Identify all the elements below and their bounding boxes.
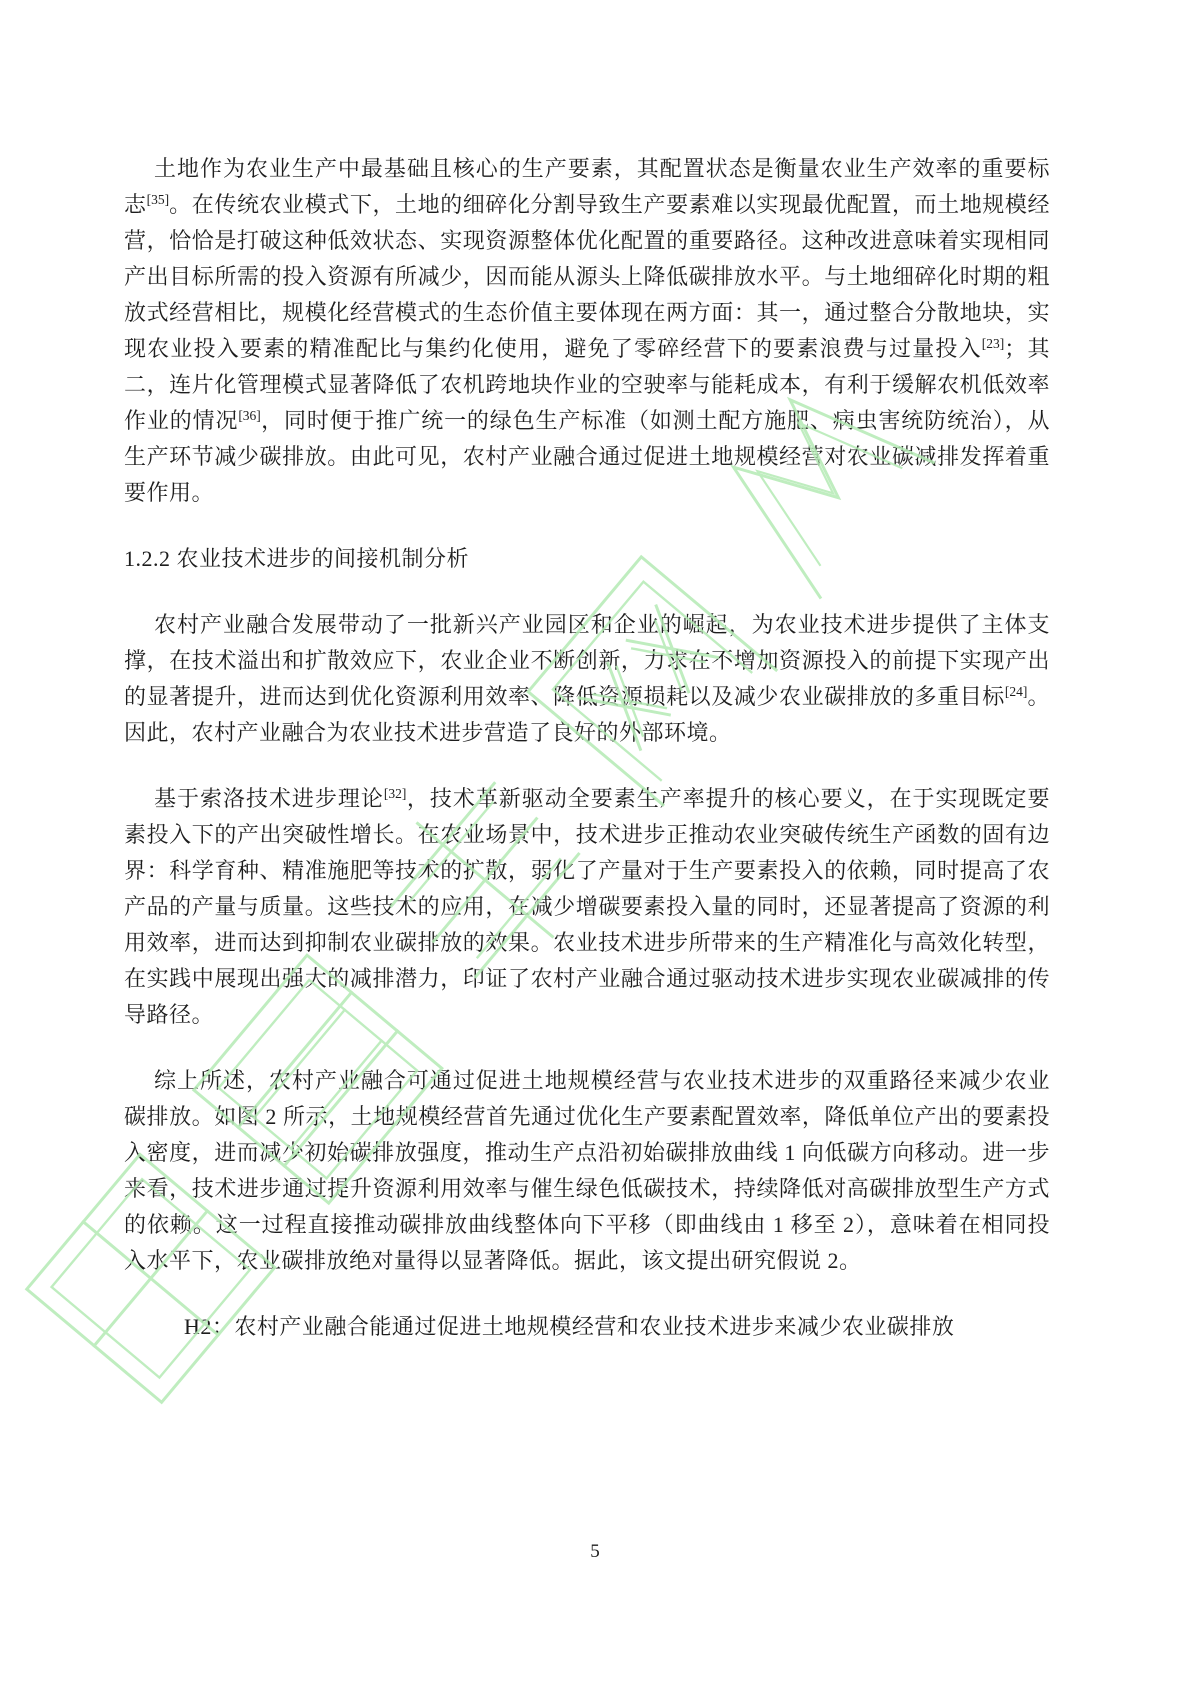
text-segment: 农村产业融合发展带动了一批新兴产业园区和企业的崛起，为农业技术进步提供了主体支撑… bbox=[124, 612, 1050, 709]
paragraph-tech-progress-support: 农村产业融合发展带动了一批新兴产业园区和企业的崛起，为农业技术进步提供了主体支撑… bbox=[124, 607, 1050, 751]
citation-ref-24: [24] bbox=[1005, 684, 1028, 699]
paragraph-land-scale-mechanism: 土地作为农业生产中最基础且核心的生产要素，其配置状态是衡量农业生产效率的重要标志… bbox=[124, 151, 1050, 511]
paragraph-solow-theory: 基于索洛技术进步理论[32]，技术革新驱动全要素生产率提升的核心要义，在于实现既… bbox=[124, 781, 1050, 1033]
text-segment: ，同时便于推广统一的绿色生产标准（如测土配方施肥、病虫害统防统治），从生产环节减… bbox=[124, 408, 1050, 505]
citation-ref-36: [36] bbox=[238, 408, 261, 423]
text-segment: ，技术革新驱动全要素生产率提升的核心要义，在于实现既定要素投入下的产出突破性增长… bbox=[124, 786, 1050, 1027]
citation-ref-32: [32] bbox=[384, 786, 407, 801]
text-segment: 。在传统农业模式下，土地的细碎化分割导致生产要素难以实现最优配置，而土地规模经营… bbox=[124, 192, 1050, 361]
section-heading-1-2-2: 1.2.2 农业技术进步的间接机制分析 bbox=[124, 541, 1050, 577]
text-segment: 综上所述，农村产业融合可通过促进土地规模经营与农业技术进步的双重路径来减少农业碳… bbox=[124, 1068, 1050, 1273]
citation-ref-35: [35] bbox=[147, 192, 170, 207]
paragraph-summary-dual-path: 综上所述，农村产业融合可通过促进土地规模经营与农业技术进步的双重路径来减少农业碳… bbox=[124, 1063, 1050, 1279]
hypothesis-h2: H2：农村产业融合能通过促进土地规模经营和农业技术进步来减少农业碳排放 bbox=[124, 1309, 1050, 1345]
text-segment: 基于索洛技术进步理论 bbox=[154, 786, 384, 811]
page-number: 5 bbox=[0, 1540, 1190, 1564]
citation-ref-23: [23] bbox=[982, 336, 1005, 351]
page-text-block: 土地作为农业生产中最基础且核心的生产要素，其配置状态是衡量农业生产效率的重要标志… bbox=[124, 151, 1050, 1345]
document-page: 土地作为农业生产中最基础且核心的生产要素，其配置状态是衡量农业生产效率的重要标志… bbox=[0, 0, 1190, 1683]
